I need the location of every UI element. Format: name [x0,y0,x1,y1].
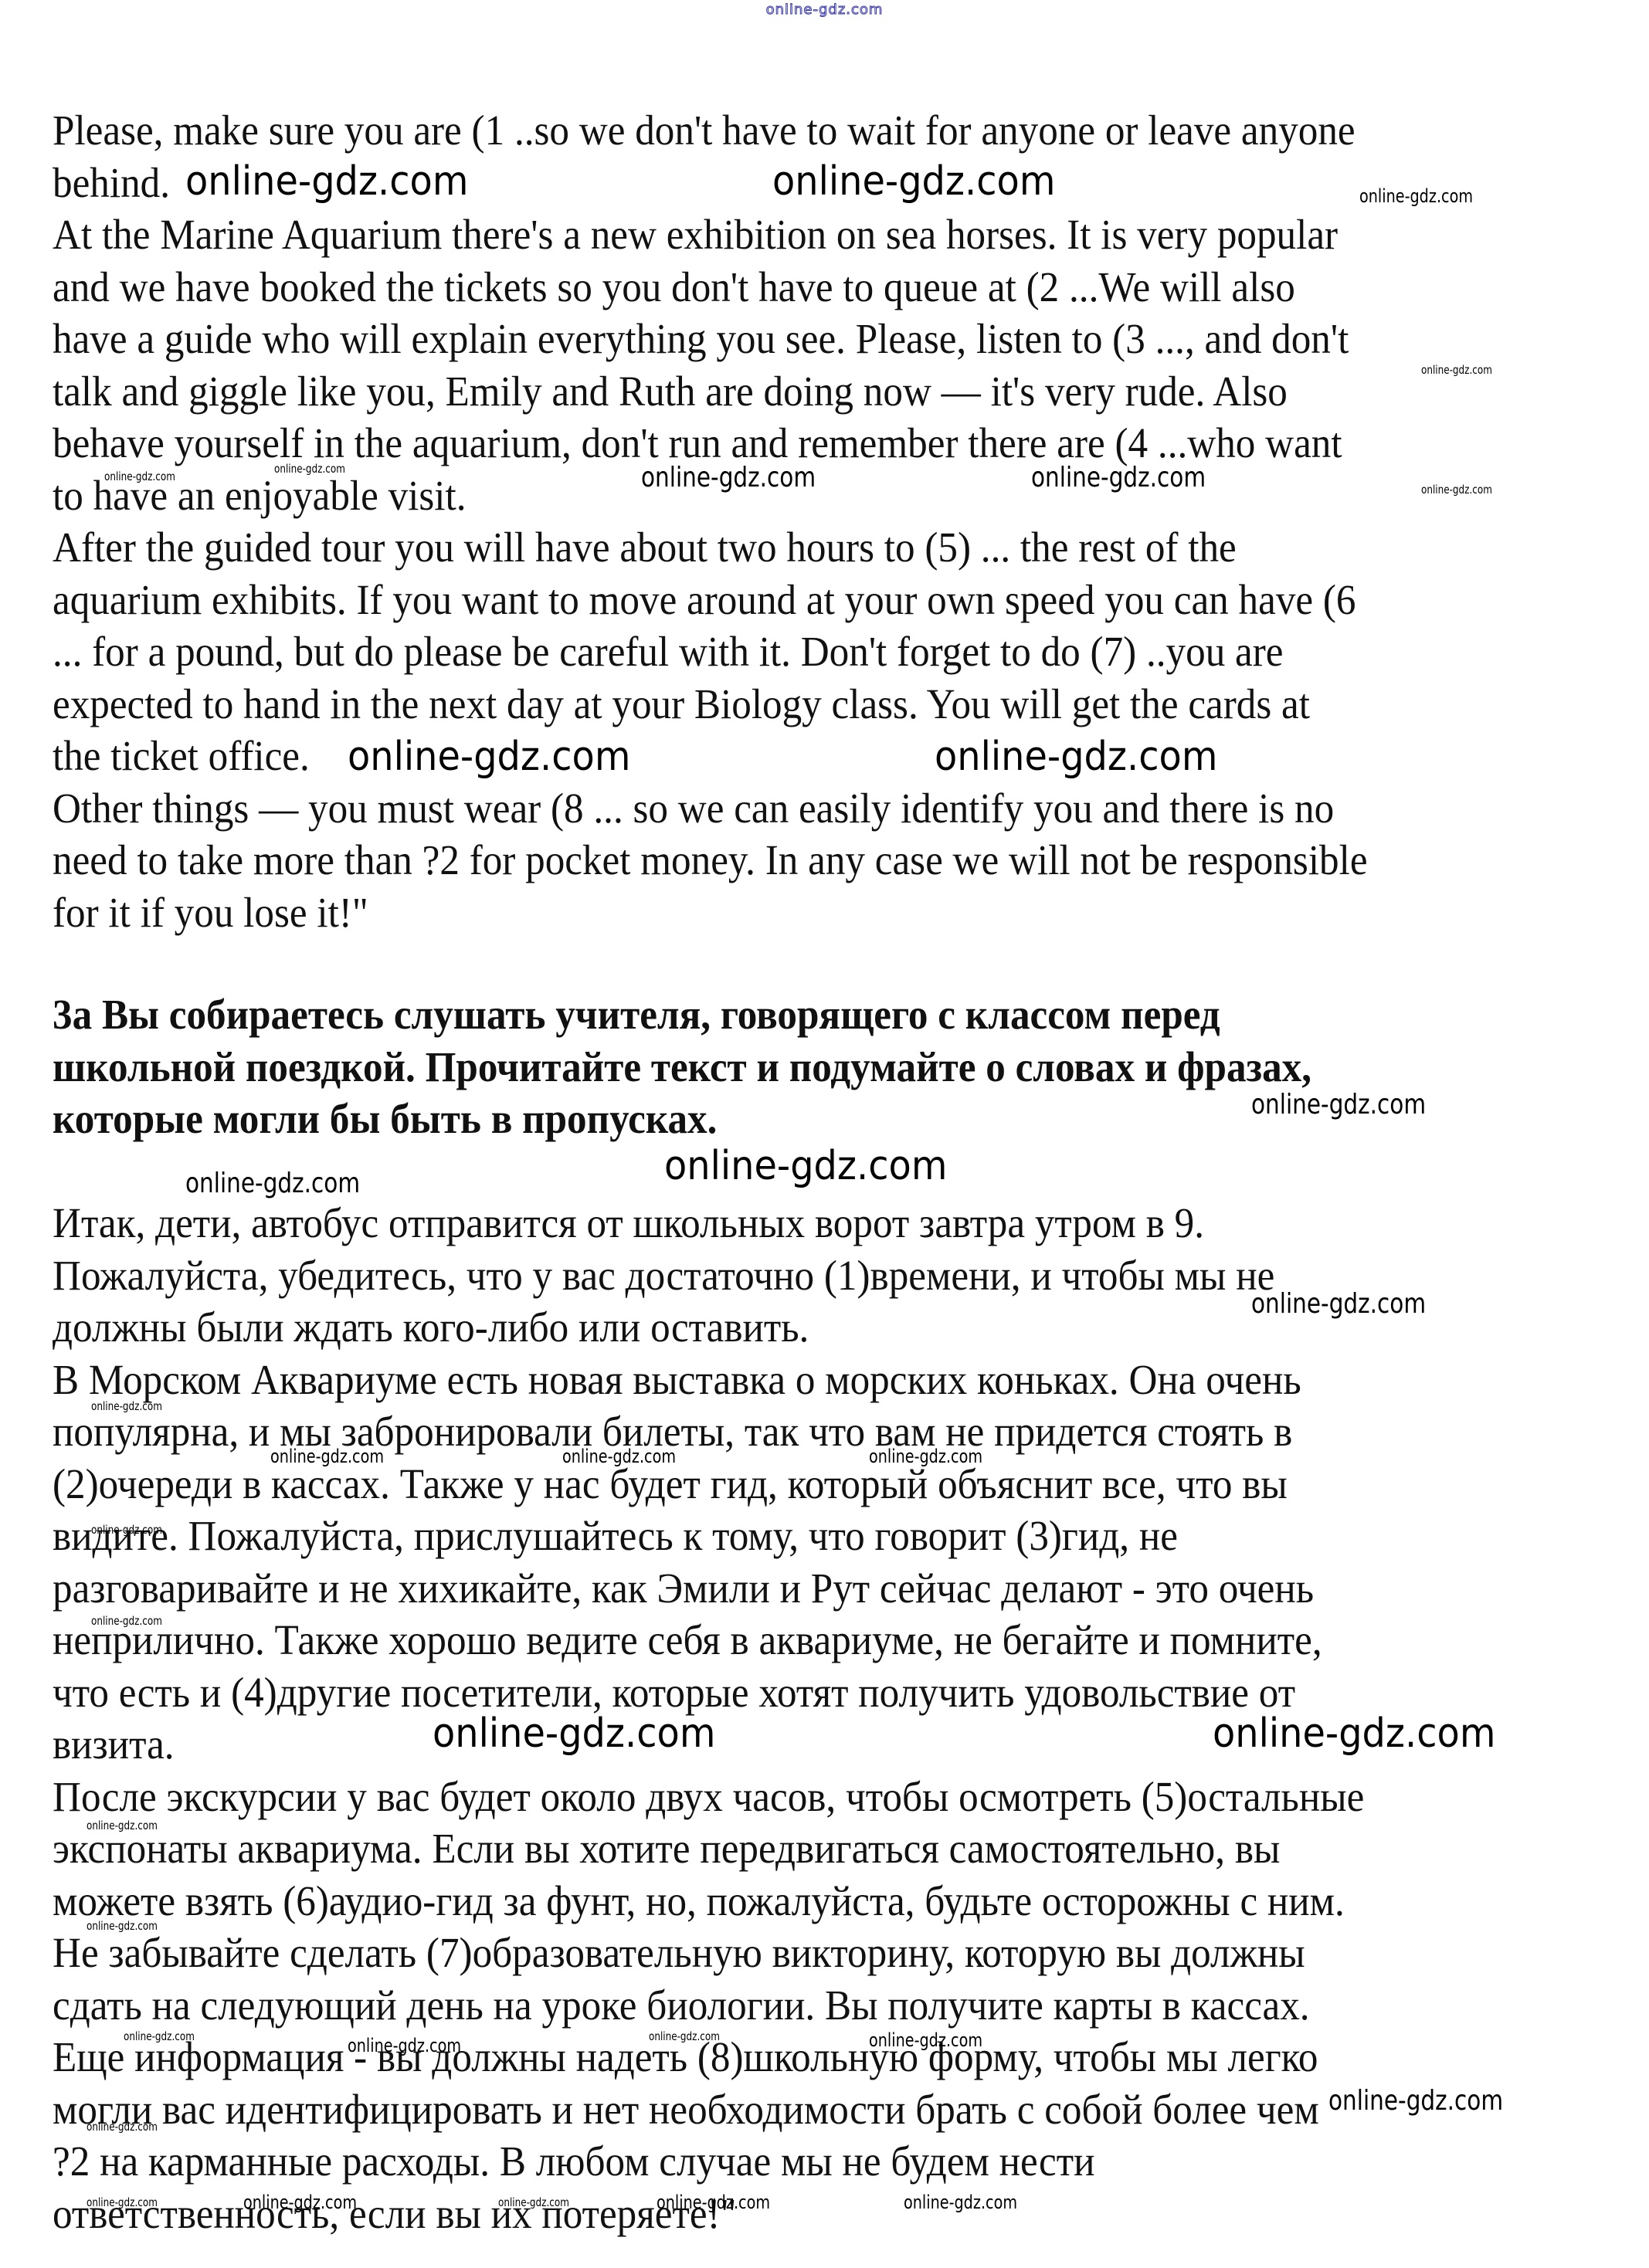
watermark: online-gdz.com [1421,483,1492,497]
text-line: Итак, дети, автобус отправится от школьн… [53,1197,1489,1249]
watermark: online-gdz.com [772,158,1055,205]
text-line: разговаривайте и не хихикайте, как Эмили… [53,1562,1489,1615]
text-line: экспонаты аквариума. Если вы хотите пере… [53,1822,1489,1875]
watermark: online-gdz.com [562,1446,676,1467]
text-line: talk and giggle like you, Emily and Ruth… [53,365,1489,418]
text-line: После экскурсии у вас будет около двух ч… [53,1771,1489,1823]
watermark: online-gdz.com [104,470,175,483]
watermark: online-gdz.com [1328,2085,1503,2117]
text-line: могли вас идентифицировать и нет необход… [53,2083,1489,2136]
english-text-block: Please, make sure you are (1 ..so we don… [53,104,1489,938]
watermark: online-gdz.com [91,1399,162,1413]
text-line: видите. Пожалуйста, прислушайтесь к тому… [53,1510,1489,1562]
watermark: online-gdz.com [664,1143,947,1189]
text-line: and we have booked the tickets so you do… [53,261,1489,314]
watermark: online-gdz.com [87,2120,158,2134]
text-line: ?2 на карманные расходы. В любом случае … [53,2135,1489,2188]
watermark: online-gdz.com [91,1614,162,1628]
watermark: online-gdz.com [641,462,816,493]
text-line: Please, make sure you are (1 ..so we don… [53,104,1489,157]
watermark: online-gdz.com [904,2192,1017,2213]
watermark: online-gdz.com [87,2195,158,2209]
text-line: Other things — you must wear (8 ... so w… [53,782,1489,835]
watermark: online-gdz.com [124,2029,195,2043]
watermark: online-gdz.com [935,734,1217,780]
watermark: online-gdz.com [91,1523,162,1537]
watermark: online-gdz.com [657,2192,770,2213]
text-line: неприлично. Также хорошо ведите себя в а… [53,1614,1489,1666]
document-page: online-gdz.com Please, make sure you are… [0,0,1649,2268]
text-line: Еще информация - вы должны надеть (8)шко… [53,2031,1489,2083]
watermark: online-gdz.com [433,1710,715,1757]
watermark: online-gdz.com [649,2029,720,2043]
watermark: online-gdz.com [869,1446,982,1467]
text-line: сдать на следующий день на уроке биологи… [53,1979,1489,2032]
watermark: online-gdz.com [869,2029,982,2051]
watermark: online-gdz.com [185,158,468,205]
top-watermark: online-gdz.com [0,2,1649,18]
watermark: online-gdz.com [348,734,630,780]
task-line: школьной поездкой. Прочитайте текст и по… [53,1041,1489,1093]
text-line: need to take more than ?2 for pocket mon… [53,834,1489,887]
watermark: online-gdz.com [1421,363,1492,377]
watermark: online-gdz.com [348,2035,461,2056]
text-line: expected to hand in the next day at your… [53,678,1489,731]
watermark: online-gdz.com [1031,462,1206,493]
text-line: можете взять (6)аудио-гид за фунт, но, п… [53,1875,1489,1927]
text-line: for it if you lose it!" [53,887,1489,939]
text-line: After the guided tour you will have abou… [53,521,1489,574]
task-instruction: 3a Вы собираетесь слушать учителя, говор… [53,988,1489,1145]
watermark: online-gdz.com [1251,1089,1426,1120]
text-line: ... for a pound, but do please be carefu… [53,625,1489,678]
watermark: online-gdz.com [270,1446,384,1467]
text-line: Не забывайте сделать (7)образовательную … [53,1927,1489,1979]
watermark: online-gdz.com [498,2195,569,2209]
watermark: online-gdz.com [87,1819,158,1832]
text-line: популярна, и мы забронировали билеты, та… [53,1405,1489,1458]
text-line: have a guide who will explain everything… [53,313,1489,365]
task-line: 3a Вы собираетесь слушать учителя, говор… [53,988,1489,1041]
watermark: online-gdz.com [274,462,345,476]
text-line: the ticket office. [53,730,1489,782]
text-line: (2)очереди в кассах. Также у нас будет г… [53,1458,1489,1510]
text-line: At the Marine Aquarium there's a new exh… [53,208,1489,261]
watermark: online-gdz.com [243,2192,357,2213]
watermark: online-gdz.com [1359,185,1473,207]
text-line: aquarium exhibits. If you want to move a… [53,574,1489,626]
watermark: online-gdz.com [1213,1710,1495,1757]
watermark: online-gdz.com [1251,1288,1426,1320]
watermark: online-gdz.com [185,1168,360,1199]
text-line: В Морском Аквариуме есть новая выставка … [53,1354,1489,1406]
watermark: online-gdz.com [87,1919,158,1933]
